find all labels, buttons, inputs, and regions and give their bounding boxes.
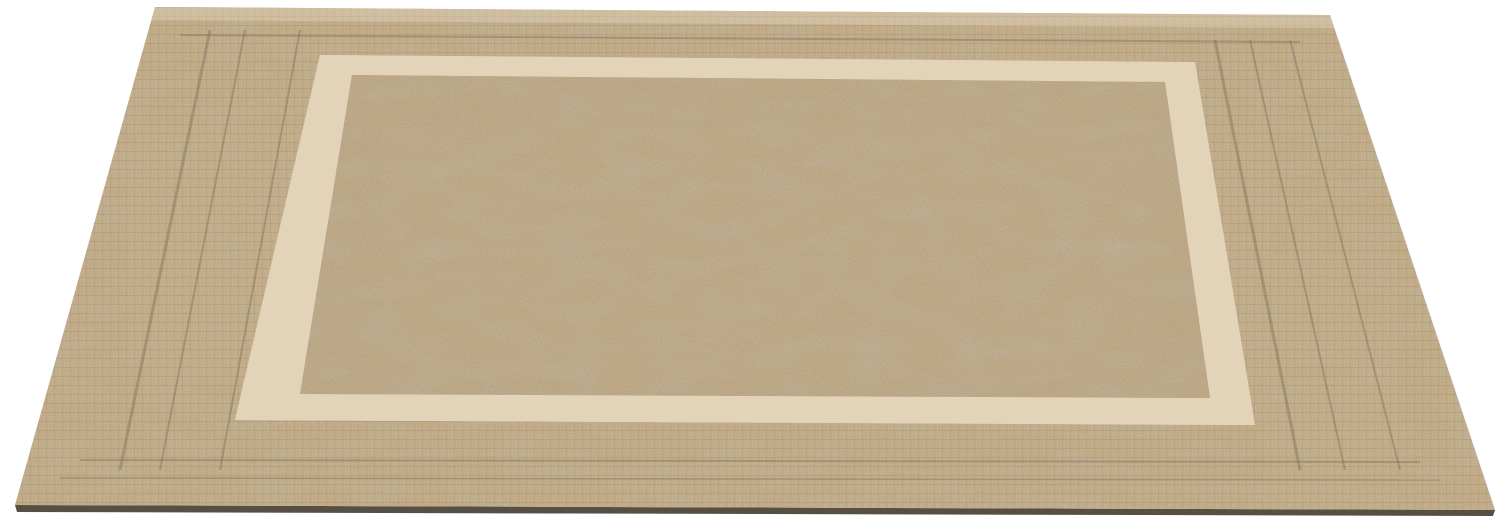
- rug-photo: [0, 0, 1500, 522]
